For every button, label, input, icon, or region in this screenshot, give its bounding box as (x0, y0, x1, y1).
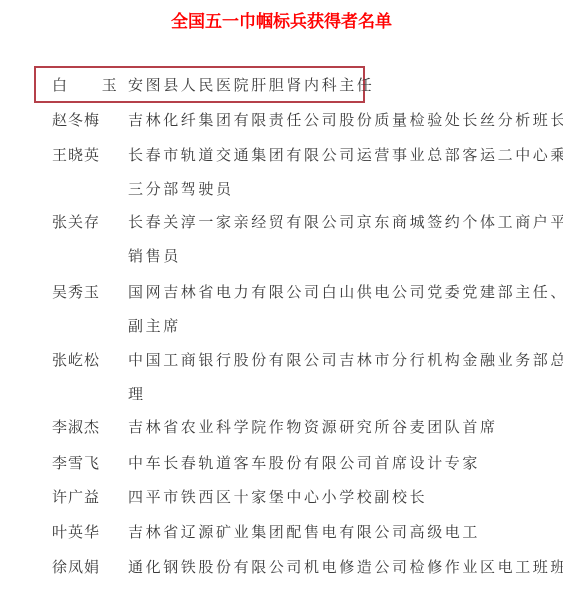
position-line: 副主席 (128, 311, 538, 345)
awardee-name: 张屹松 (52, 345, 122, 375)
awardee-position: 通化钢铁股份有限公司机电修造公司检修作业区电工班班长 (128, 552, 538, 586)
awardee-name: 吴秀玉 (52, 277, 122, 307)
awardee-position: 中国工商银行股份有限公司吉林市分行机构金融业务部总经 理 (128, 345, 538, 413)
awardee-position: 长春市轨道交通集团有限公司运营事业总部客运二中心乘务 三分部驾驶员 (128, 140, 538, 208)
awardee-name: 李雪飞 (52, 448, 122, 478)
position-line: 理 (128, 379, 538, 413)
position-line: 长春市轨道交通集团有限公司运营事业总部客运二中心乘务 (128, 140, 538, 174)
page-title: 全国五一巾帼标兵获得者名单 (0, 10, 563, 34)
awardee-position: 中车长春轨道客车股份有限公司首席设计专家 (128, 448, 538, 482)
position-line: 中国工商银行股份有限公司吉林市分行机构金融业务部总经 (128, 345, 538, 379)
awardee-name: 白 玉 (52, 70, 122, 100)
awardee-name: 李淑杰 (52, 412, 122, 442)
awardee-name: 徐凤娟 (52, 552, 122, 582)
position-line: 长春关淳一家亲经贸有限公司京东商城签约个体工商户平台 (128, 207, 538, 241)
awardee-position: 长春关淳一家亲经贸有限公司京东商城签约个体工商户平台 销售员 (128, 207, 538, 275)
awardee-position: 吉林省辽源矿业集团配售电有限公司高级电工 (128, 517, 538, 551)
awardee-name: 赵冬梅 (52, 105, 122, 135)
awardee-position: 吉林化纤集团有限责任公司股份质量检验处长丝分析班长 (128, 105, 538, 139)
awardee-position: 吉林省农业科学院作物资源研究所谷麦团队首席 (128, 412, 538, 446)
awardee-position: 国网吉林省电力有限公司白山供电公司党委党建部主任、工会 副主席 (128, 277, 538, 345)
position-line: 国网吉林省电力有限公司白山供电公司党委党建部主任、工会 (128, 277, 538, 311)
awardee-name: 张关存 (52, 207, 122, 237)
position-line: 三分部驾驶员 (128, 174, 538, 208)
position-line: 中车长春轨道客车股份有限公司首席设计专家 (128, 448, 538, 482)
awardee-name: 王晓英 (52, 140, 122, 170)
awardee-position: 安图县人民医院肝胆肾内科主任 (128, 70, 538, 104)
position-line: 吉林化纤集团有限责任公司股份质量检验处长丝分析班长 (128, 105, 538, 139)
position-line: 吉林省辽源矿业集团配售电有限公司高级电工 (128, 517, 538, 551)
position-line: 吉林省农业科学院作物资源研究所谷麦团队首席 (128, 412, 538, 446)
position-line: 销售员 (128, 241, 538, 275)
awardee-position: 四平市铁西区十家堡中心小学校副校长 (128, 482, 538, 516)
position-line: 通化钢铁股份有限公司机电修造公司检修作业区电工班班长 (128, 552, 538, 586)
awardee-name: 许广益 (52, 482, 122, 512)
position-line: 安图县人民医院肝胆肾内科主任 (128, 70, 538, 104)
awardee-name: 叶英华 (52, 517, 122, 547)
position-line: 四平市铁西区十家堡中心小学校副校长 (128, 482, 538, 516)
